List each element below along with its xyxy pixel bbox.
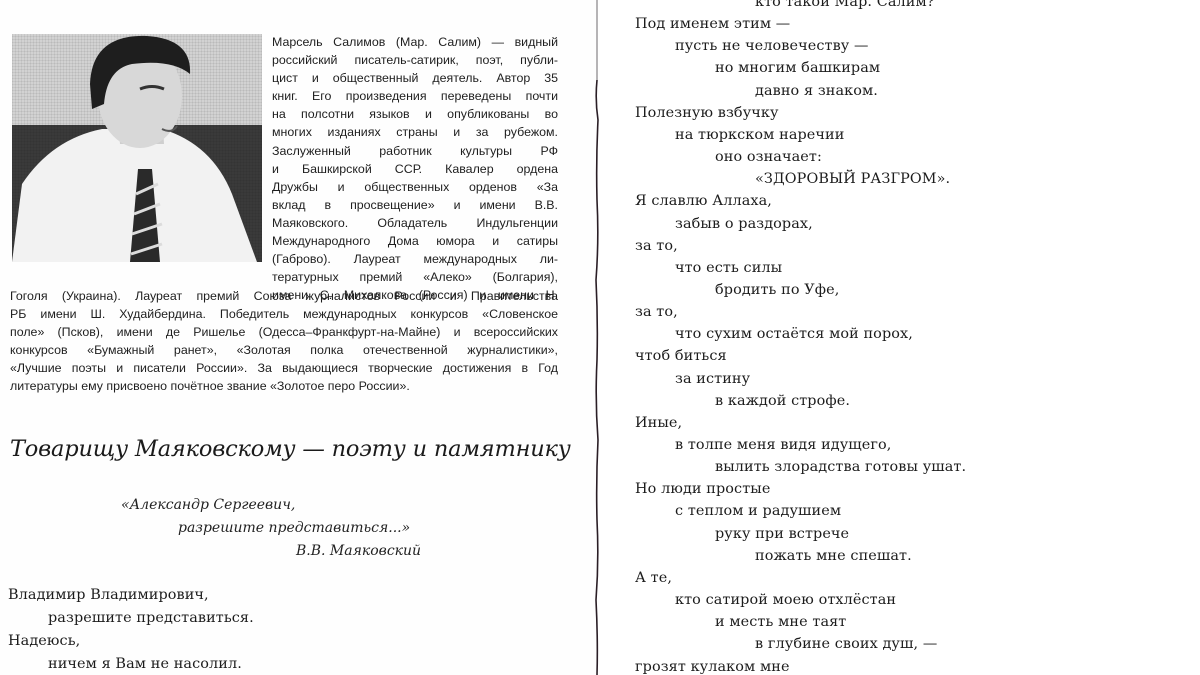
verse-line: Но люди простые <box>635 481 770 497</box>
bio-line: Марсель Салимов (Мар. Салим) — видный <box>272 33 558 51</box>
bio-line: вклад в просвещение» и имени В.В. <box>272 196 558 214</box>
verse-line: забыв о раздорах, <box>675 216 813 232</box>
verse-line: разрешите представиться. <box>48 610 254 626</box>
verse-line: за то, <box>635 304 678 320</box>
bio-line: и Башкирской ССР. Кавалер ордена <box>272 160 558 178</box>
verse-line: А те, <box>635 570 672 586</box>
verse-line: Владимир Владимирович, <box>8 587 209 603</box>
epigraph-line: разрешите представиться...» <box>178 520 410 536</box>
bio-line: Международного Дома юмора и сатиры <box>272 232 558 250</box>
verse-line: бродить по Уфе, <box>715 282 839 298</box>
poem-title: Товарищу Маяковскому — поэту и памятнику <box>10 436 570 462</box>
verse-line: кто такой Мар. Салим? <box>755 0 935 10</box>
verse-line: с теплом и радушием <box>675 503 841 519</box>
author-bio-continued: Гоголя (Украина). Лауреат премий Союза ж… <box>10 287 558 396</box>
bio-line: книг. Его произведения переведены почти <box>272 87 558 105</box>
bio-line: «Лучшие поэты и писатели России». За выд… <box>10 359 558 377</box>
verse-line: Надеюсь, <box>8 633 80 649</box>
verse-line: чтоб биться <box>635 348 727 364</box>
verse-line: но многим башкирам <box>715 60 880 76</box>
verse-line: Иные, <box>635 415 682 431</box>
portrait-image <box>12 34 262 262</box>
bio-line: Маяковского. Обладатель Индульгенции <box>272 214 558 232</box>
epigraph-attribution: В.В. Маяковский <box>296 543 421 559</box>
verse-line: Под именем этим — <box>635 16 790 32</box>
left-page: Марсель Салимов (Мар. Салим) — видный ро… <box>0 0 598 675</box>
author-photo <box>12 34 262 262</box>
author-bio-side: Марсель Салимов (Мар. Салим) — видный ро… <box>272 33 558 304</box>
verse-line: пожать мне спешат. <box>755 548 912 564</box>
verse-line: за то, <box>635 238 678 254</box>
verse-line: Полезную взбучку <box>635 105 779 121</box>
verse-line: пусть не человечеству — <box>675 38 869 54</box>
right-page: кто такой Мар. Салим?Под именем этим —пу… <box>600 0 1200 675</box>
verse-line: ничем я Вам не насолил. <box>48 656 242 672</box>
bio-line: на полсотни языков и опубликованы во <box>272 105 558 123</box>
verse-line: в каждой строфе. <box>715 393 850 409</box>
verse-line: что сухим остаётся мой порох, <box>675 326 913 342</box>
verse-line: оно означает: <box>715 149 822 165</box>
bio-line: конкурсов «Бумажный ранет», «Золотая пол… <box>10 341 558 359</box>
verse-line: и месть мне таят <box>715 614 846 630</box>
bio-line: РБ имени Ш. Худайбердина. Победитель меж… <box>10 305 558 323</box>
verse-line: грозят кулаком мне <box>635 659 790 675</box>
verse-line: в толпе меня видя идущего, <box>675 437 891 453</box>
verse-line: Я славлю Аллаха, <box>635 193 772 209</box>
verse-line: давно я знаком. <box>755 83 878 99</box>
verse-line: на тюркском наречии <box>675 127 844 143</box>
verse-line: руку при встрече <box>715 526 849 542</box>
bio-line: Дружбы и общественных орденов «За <box>272 178 558 196</box>
bio-line: (Габрово). Лауреат международных ли- <box>272 250 558 268</box>
verse-line: в глубине своих душ, — <box>755 636 937 652</box>
verse-line: за истину <box>675 371 750 387</box>
bio-line: многих изданиях страны и за рубежом. <box>272 123 558 141</box>
verse-line: что есть силы <box>675 260 782 276</box>
verse-line: «ЗДОРОВЫЙ РАЗГРОМ». <box>755 171 950 187</box>
bio-line: Гоголя (Украина). Лауреат премий Союза ж… <box>10 287 558 305</box>
verse-line: кто сатирой моею отхлёстан <box>675 592 896 608</box>
bio-line: Заслуженный работник культуры РФ <box>272 142 558 160</box>
bio-line: российский писатель-сатирик, поэт, публи… <box>272 51 558 69</box>
bio-line: тературных премий «Алеко» (Болгария), <box>272 268 558 286</box>
bio-line: поле» (Псков), имени де Ришелье (Одесса–… <box>10 323 558 341</box>
bio-line: цист и общественный деятель. Автор 35 <box>272 69 558 87</box>
bio-line: литературы ему присвоено почётное звание… <box>10 377 558 395</box>
epigraph-line: «Александр Сергеевич, <box>121 497 295 513</box>
verse-line: вылить злорадства готовы ушат. <box>715 459 966 475</box>
